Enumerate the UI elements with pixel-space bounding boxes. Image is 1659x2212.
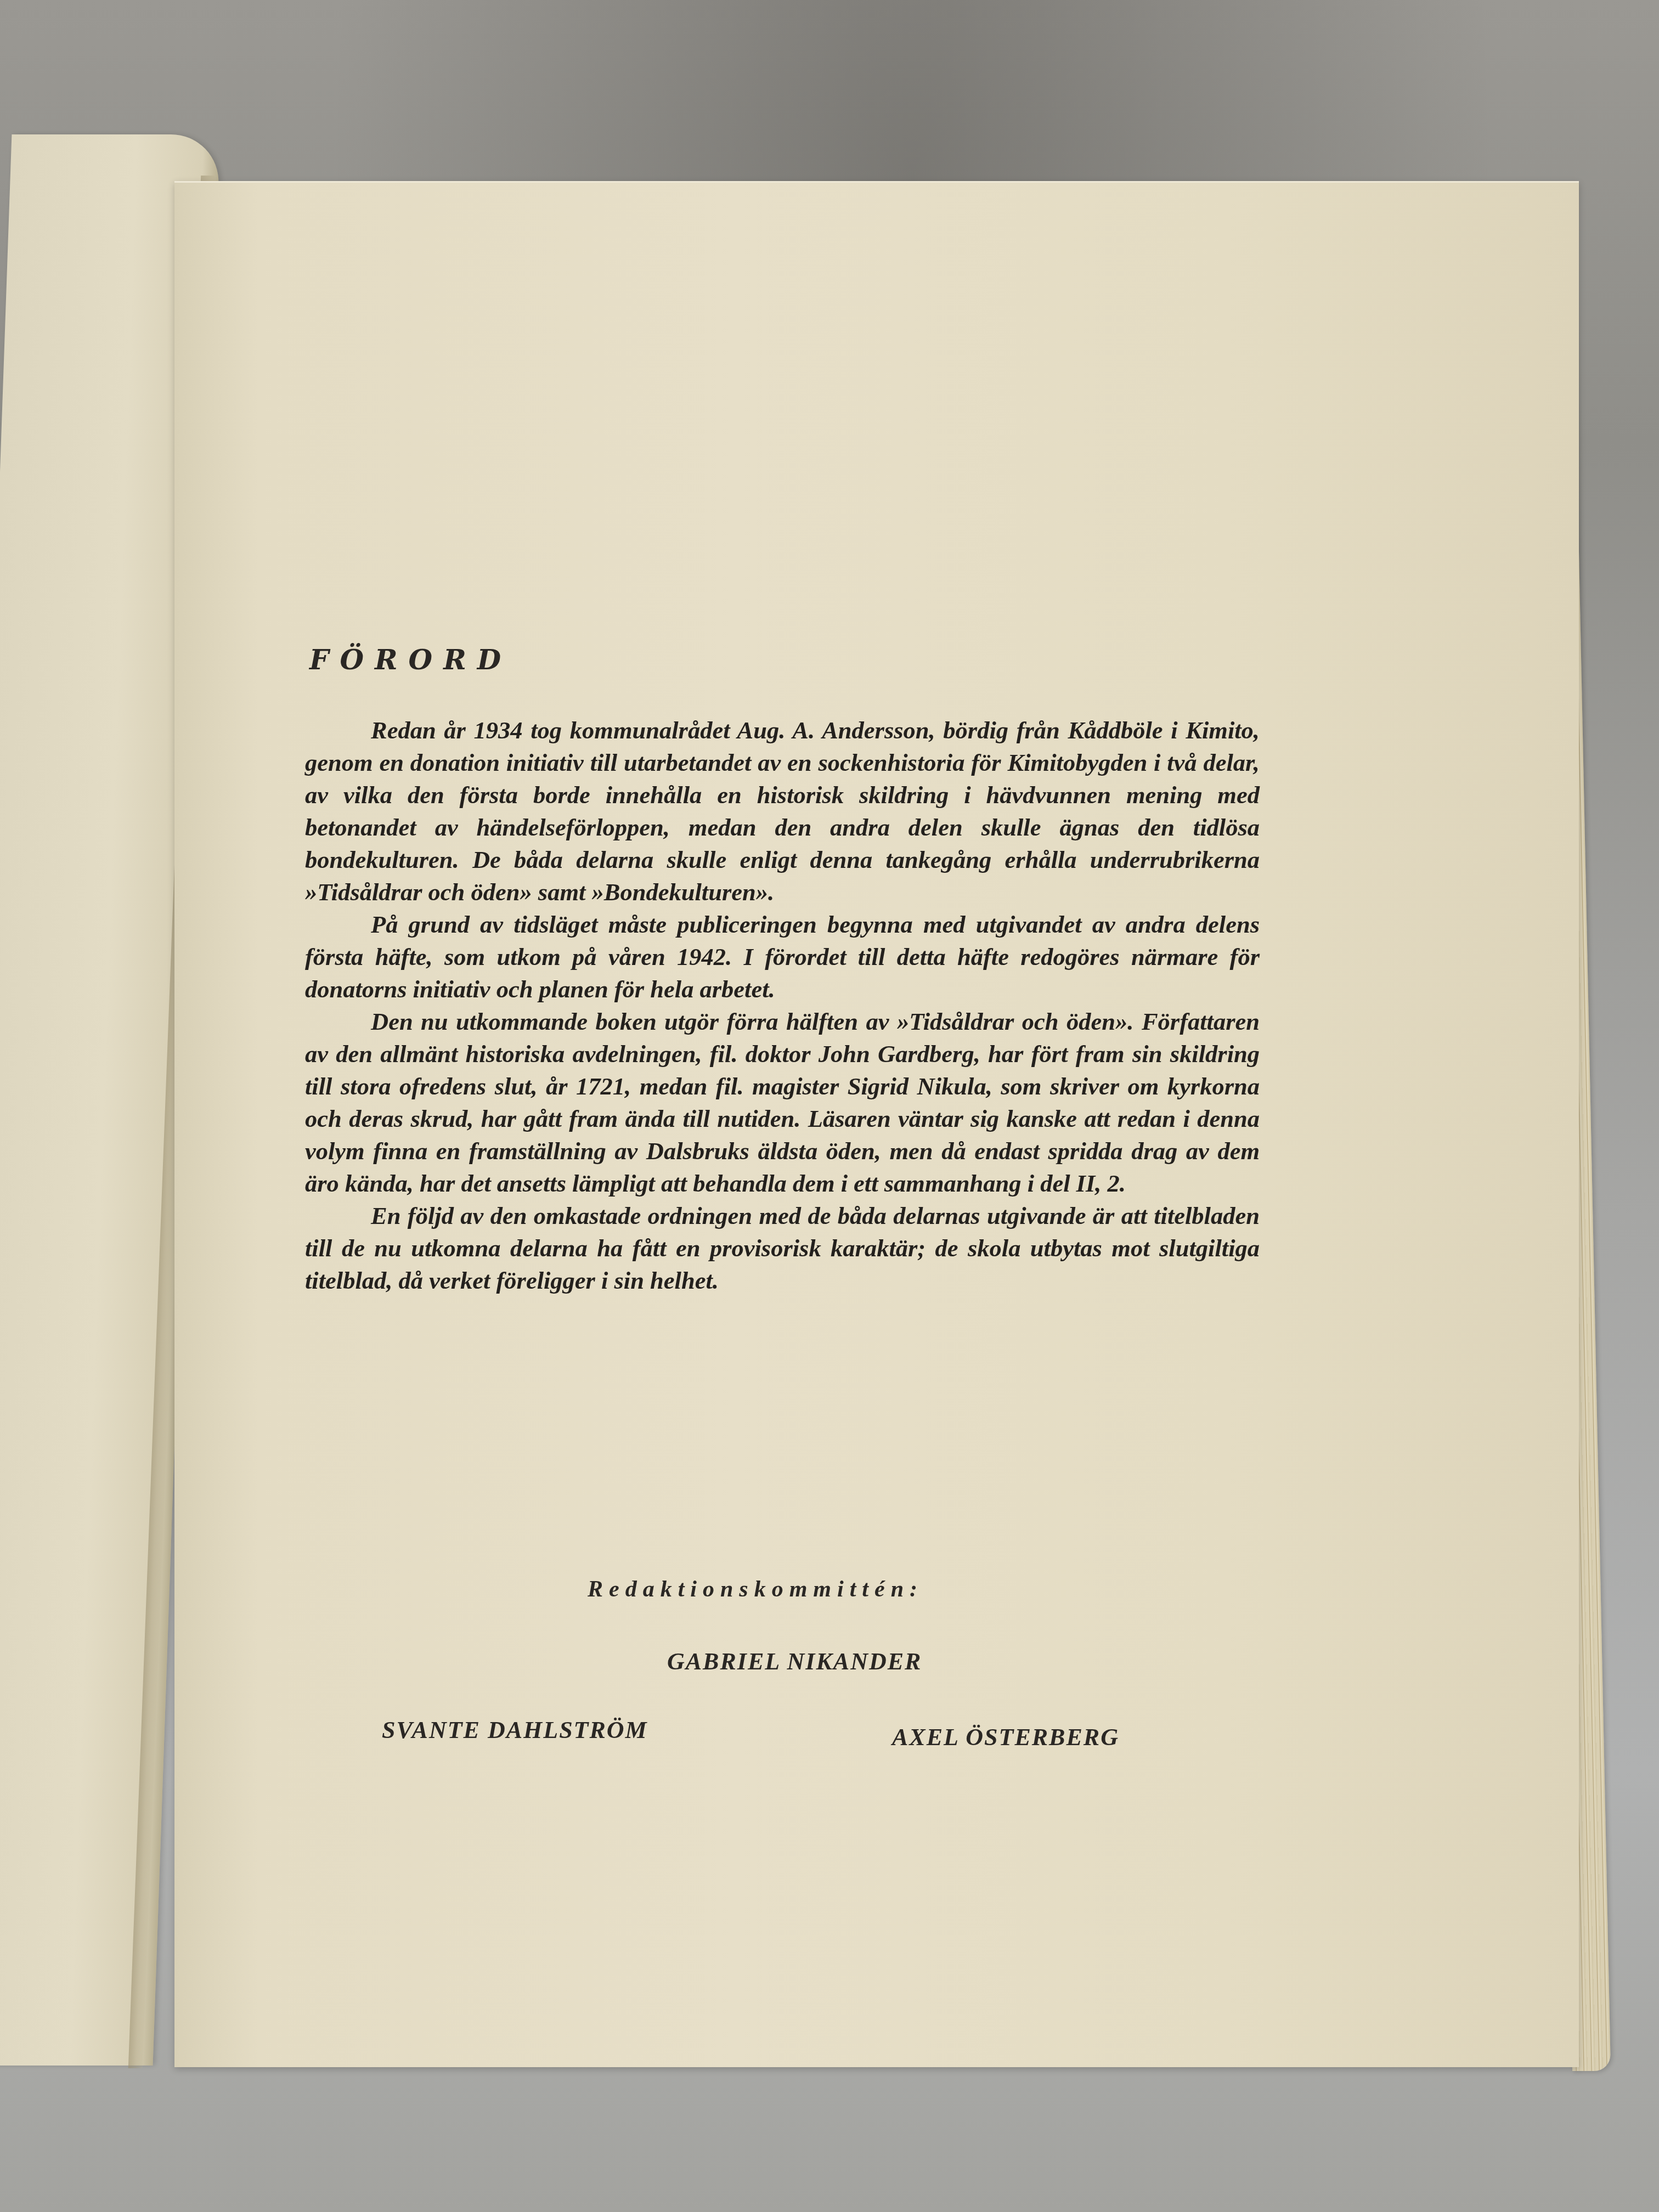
paragraph: Redan år 1934 tog kommunalrådet Aug. A. … xyxy=(305,714,1260,909)
paragraph: På grund av tidsläget måste publiceringe… xyxy=(305,909,1260,1006)
page-heading: FÖRORD xyxy=(309,644,1260,676)
committee-member: SVANTE DAHLSTRÖM xyxy=(382,1716,648,1744)
committee-label: Redaktionskommittén: xyxy=(588,1576,923,1602)
committee-member: GABRIEL NIKANDER xyxy=(667,1647,922,1675)
foreword-body: Redan år 1934 tog kommunalrådet Aug. A. … xyxy=(305,714,1260,1297)
paragraph: En följd av den omkastade ordningen med … xyxy=(305,1200,1260,1297)
page-content: FÖRORD Redan år 1934 tog kommunalrådet A… xyxy=(305,644,1260,1297)
committee-member: AXEL ÖSTERBERG xyxy=(892,1723,1119,1751)
paragraph: Den nu utkommande boken utgör förra hälf… xyxy=(305,1006,1260,1200)
book-page: FÖRORD Redan år 1934 tog kommunalrådet A… xyxy=(174,181,1579,2067)
